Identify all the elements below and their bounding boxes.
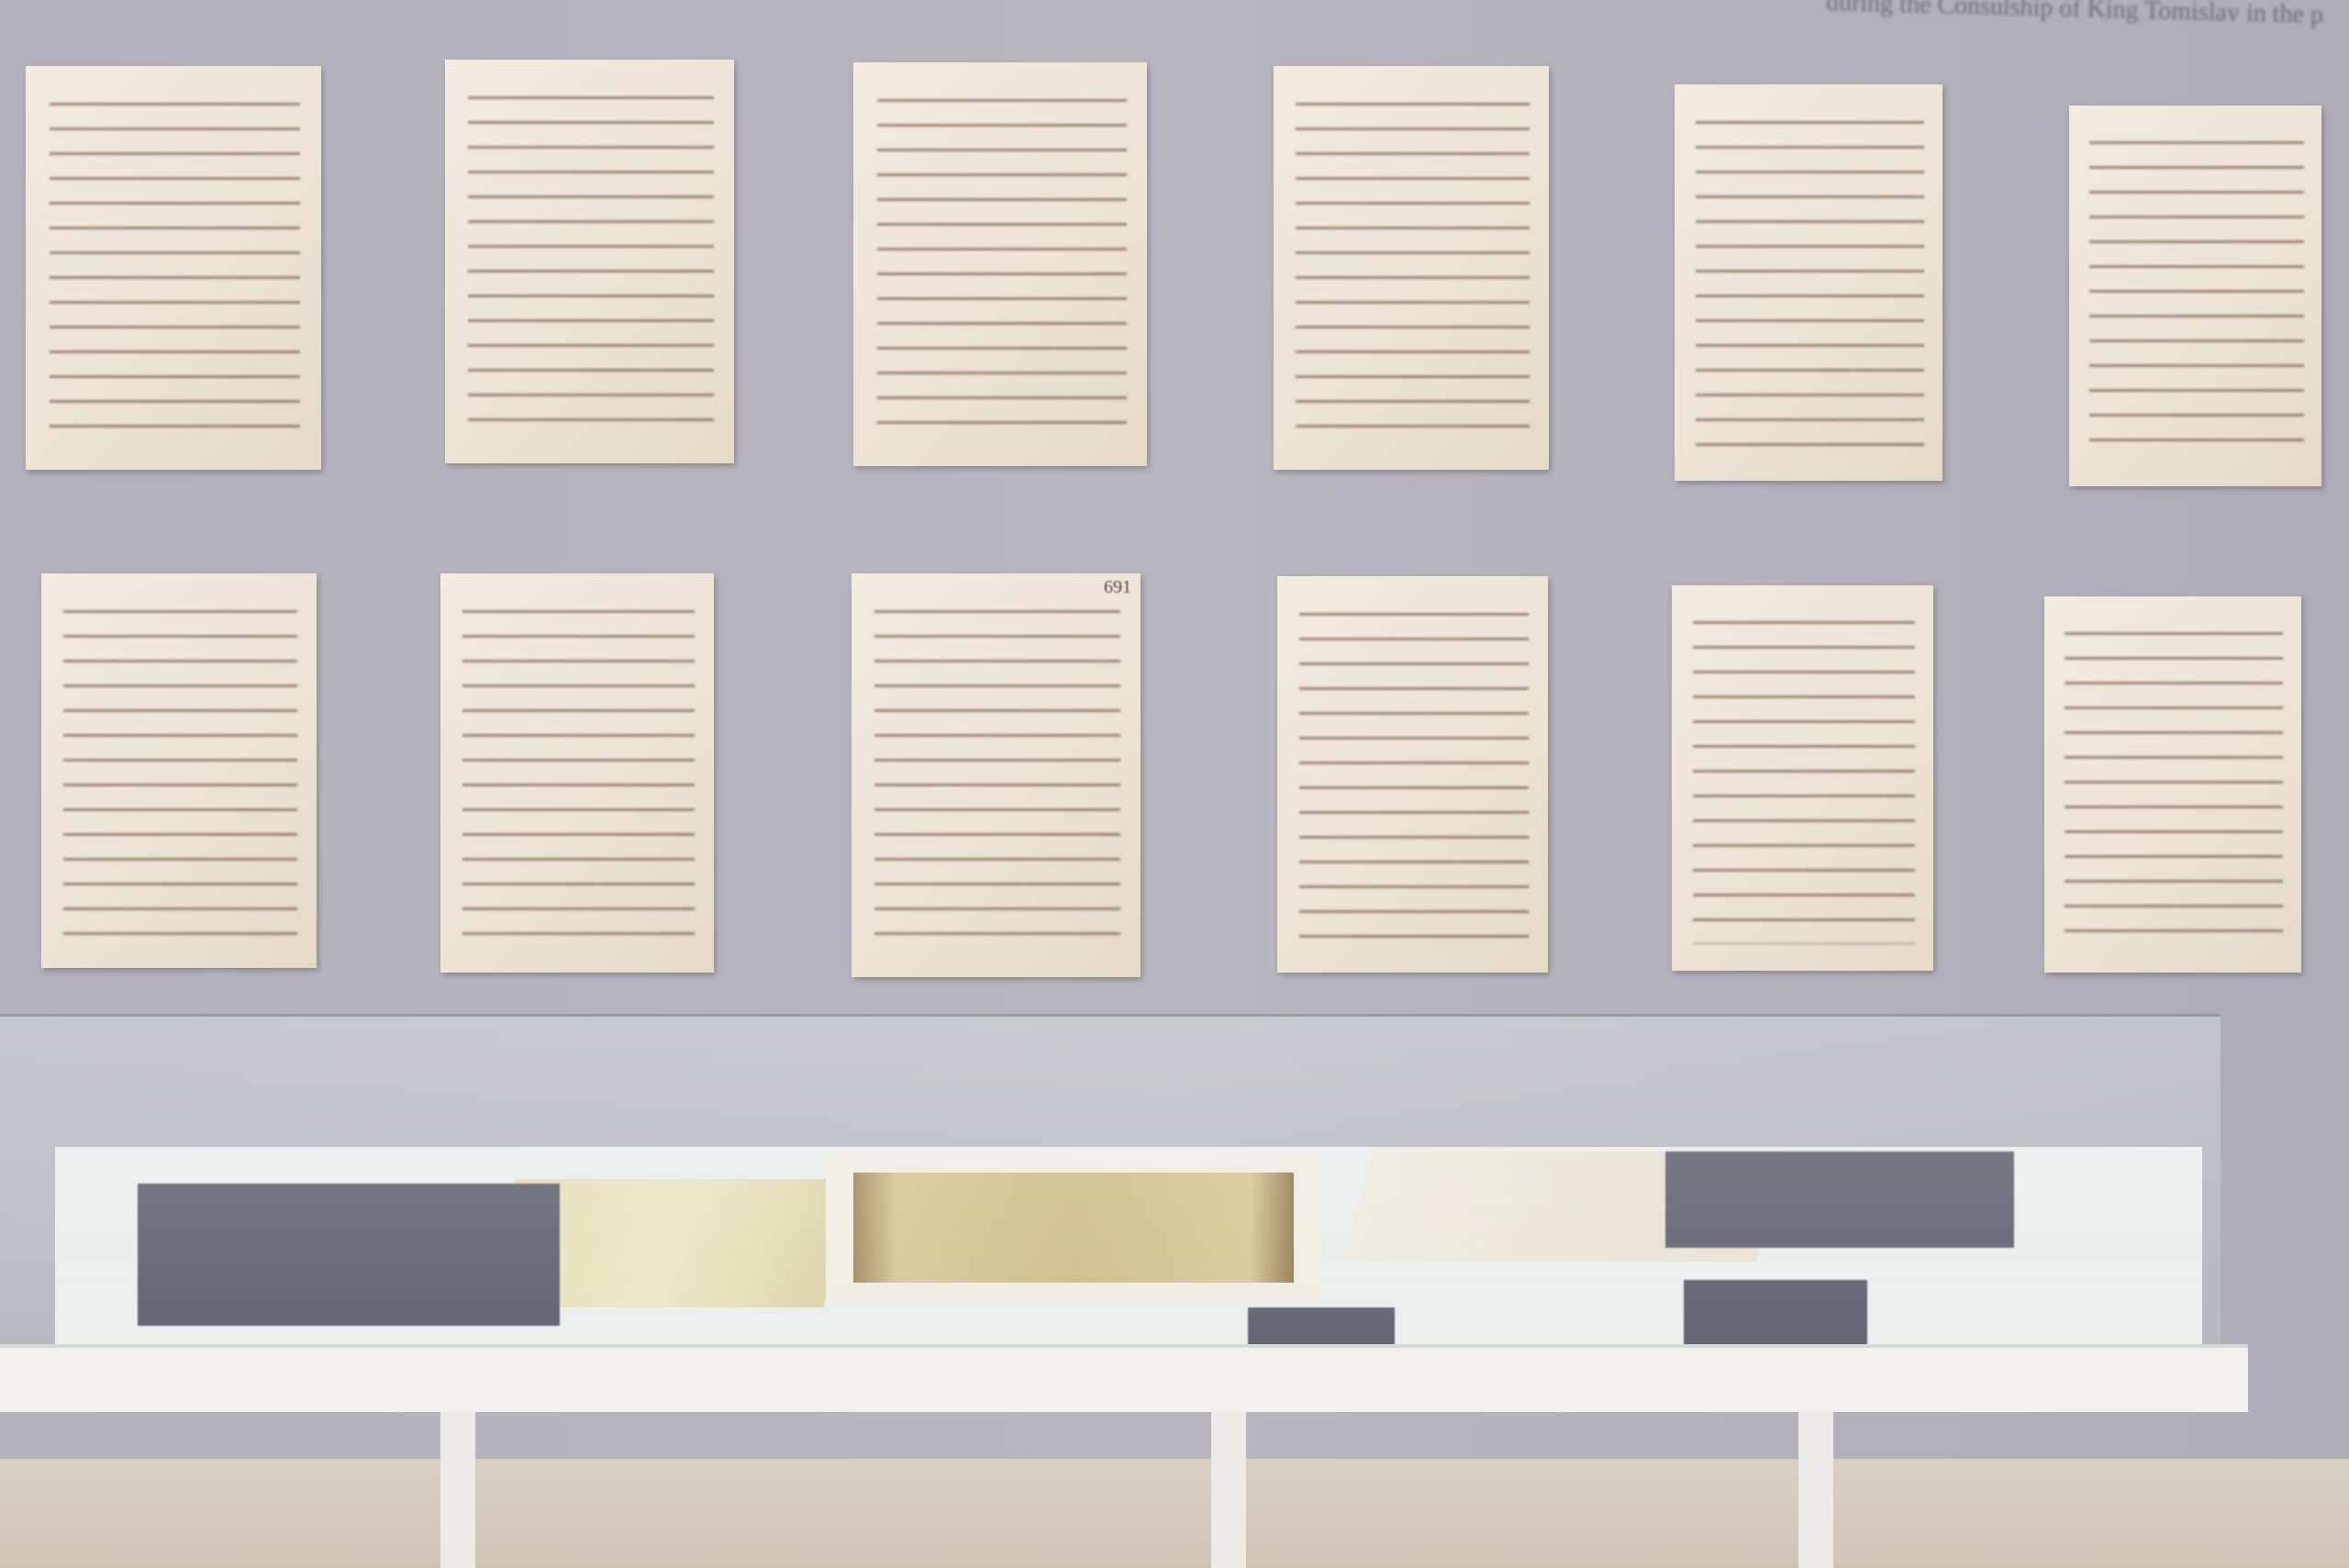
table-leg: [1798, 1408, 1833, 1568]
manuscript-page: [445, 60, 734, 463]
floor: [0, 1459, 2349, 1568]
table-leg: [440, 1408, 475, 1568]
manuscript-page: 691: [852, 573, 1141, 977]
manuscript-page: [1675, 84, 1943, 481]
manuscript-page: [26, 66, 321, 470]
manuscript-page: [1672, 585, 1933, 971]
manuscript-page: [2069, 106, 2321, 486]
manuscript-page: [440, 573, 714, 973]
table-top: [0, 1344, 2248, 1412]
manuscript-page: [853, 62, 1147, 466]
manuscript-page: [1274, 66, 1549, 470]
manuscript-page: [1277, 576, 1548, 973]
manuscript-page: [41, 573, 317, 968]
glass-display-case: [0, 1014, 2230, 1381]
table-leg: [1211, 1408, 1246, 1568]
manuscript-page: [2044, 596, 2301, 973]
